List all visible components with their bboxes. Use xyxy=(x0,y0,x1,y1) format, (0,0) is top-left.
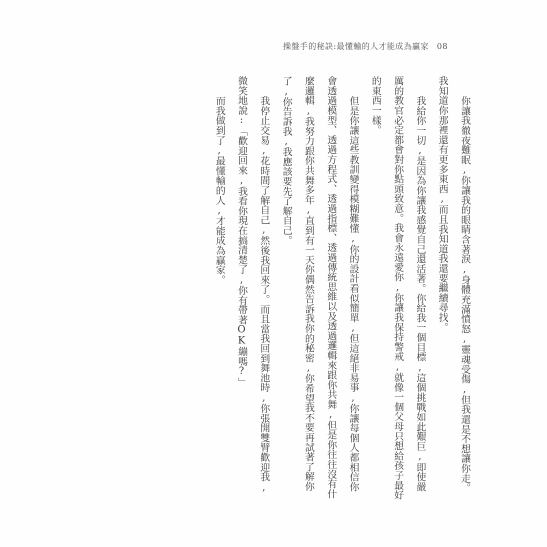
paragraph: 你讓我徹夜難眠,你讓我的眼睛含著淚,身體充滿憤怒,靈魂受傷,但我還是不想讓你走。… xyxy=(430,76,475,500)
paragraph: 我停止交易,花時間了解自己,然後我回來了。而且當我回到舞池時,你張開雙臂歡迎我,… xyxy=(230,76,275,500)
page-number: 08 xyxy=(437,42,448,51)
paragraph: 但是你讓這些教訓變得模糊難懂,你的設計看似簡單,但這絕非易事,你讓每個人都相信你… xyxy=(274,76,363,500)
running-header: 操盤手的秘訣:最懂輸的人才能成為贏家 08 xyxy=(283,41,448,52)
paragraph: 而我做到了,最懂輸的人,才能成為贏家。 xyxy=(207,76,229,500)
book-page: 操盤手的秘訣:最懂輸的人才能成為贏家 08 你讓我徹夜難眠,你讓我的眼睛含著淚,… xyxy=(0,0,547,547)
running-title: 操盤手的秘訣:最懂輸的人才能成為贏家 xyxy=(283,41,429,52)
paragraph: 我給你一切,是因為你讓我感覺自己還活著。你給我一個目標,這個挑戰如此艱巨,即使嚴… xyxy=(364,76,431,500)
body-text: 你讓我徹夜難眠,你讓我的眼睛含著淚,身體充滿憤怒,靈魂受傷,但我還是不想讓你走。… xyxy=(207,76,475,500)
